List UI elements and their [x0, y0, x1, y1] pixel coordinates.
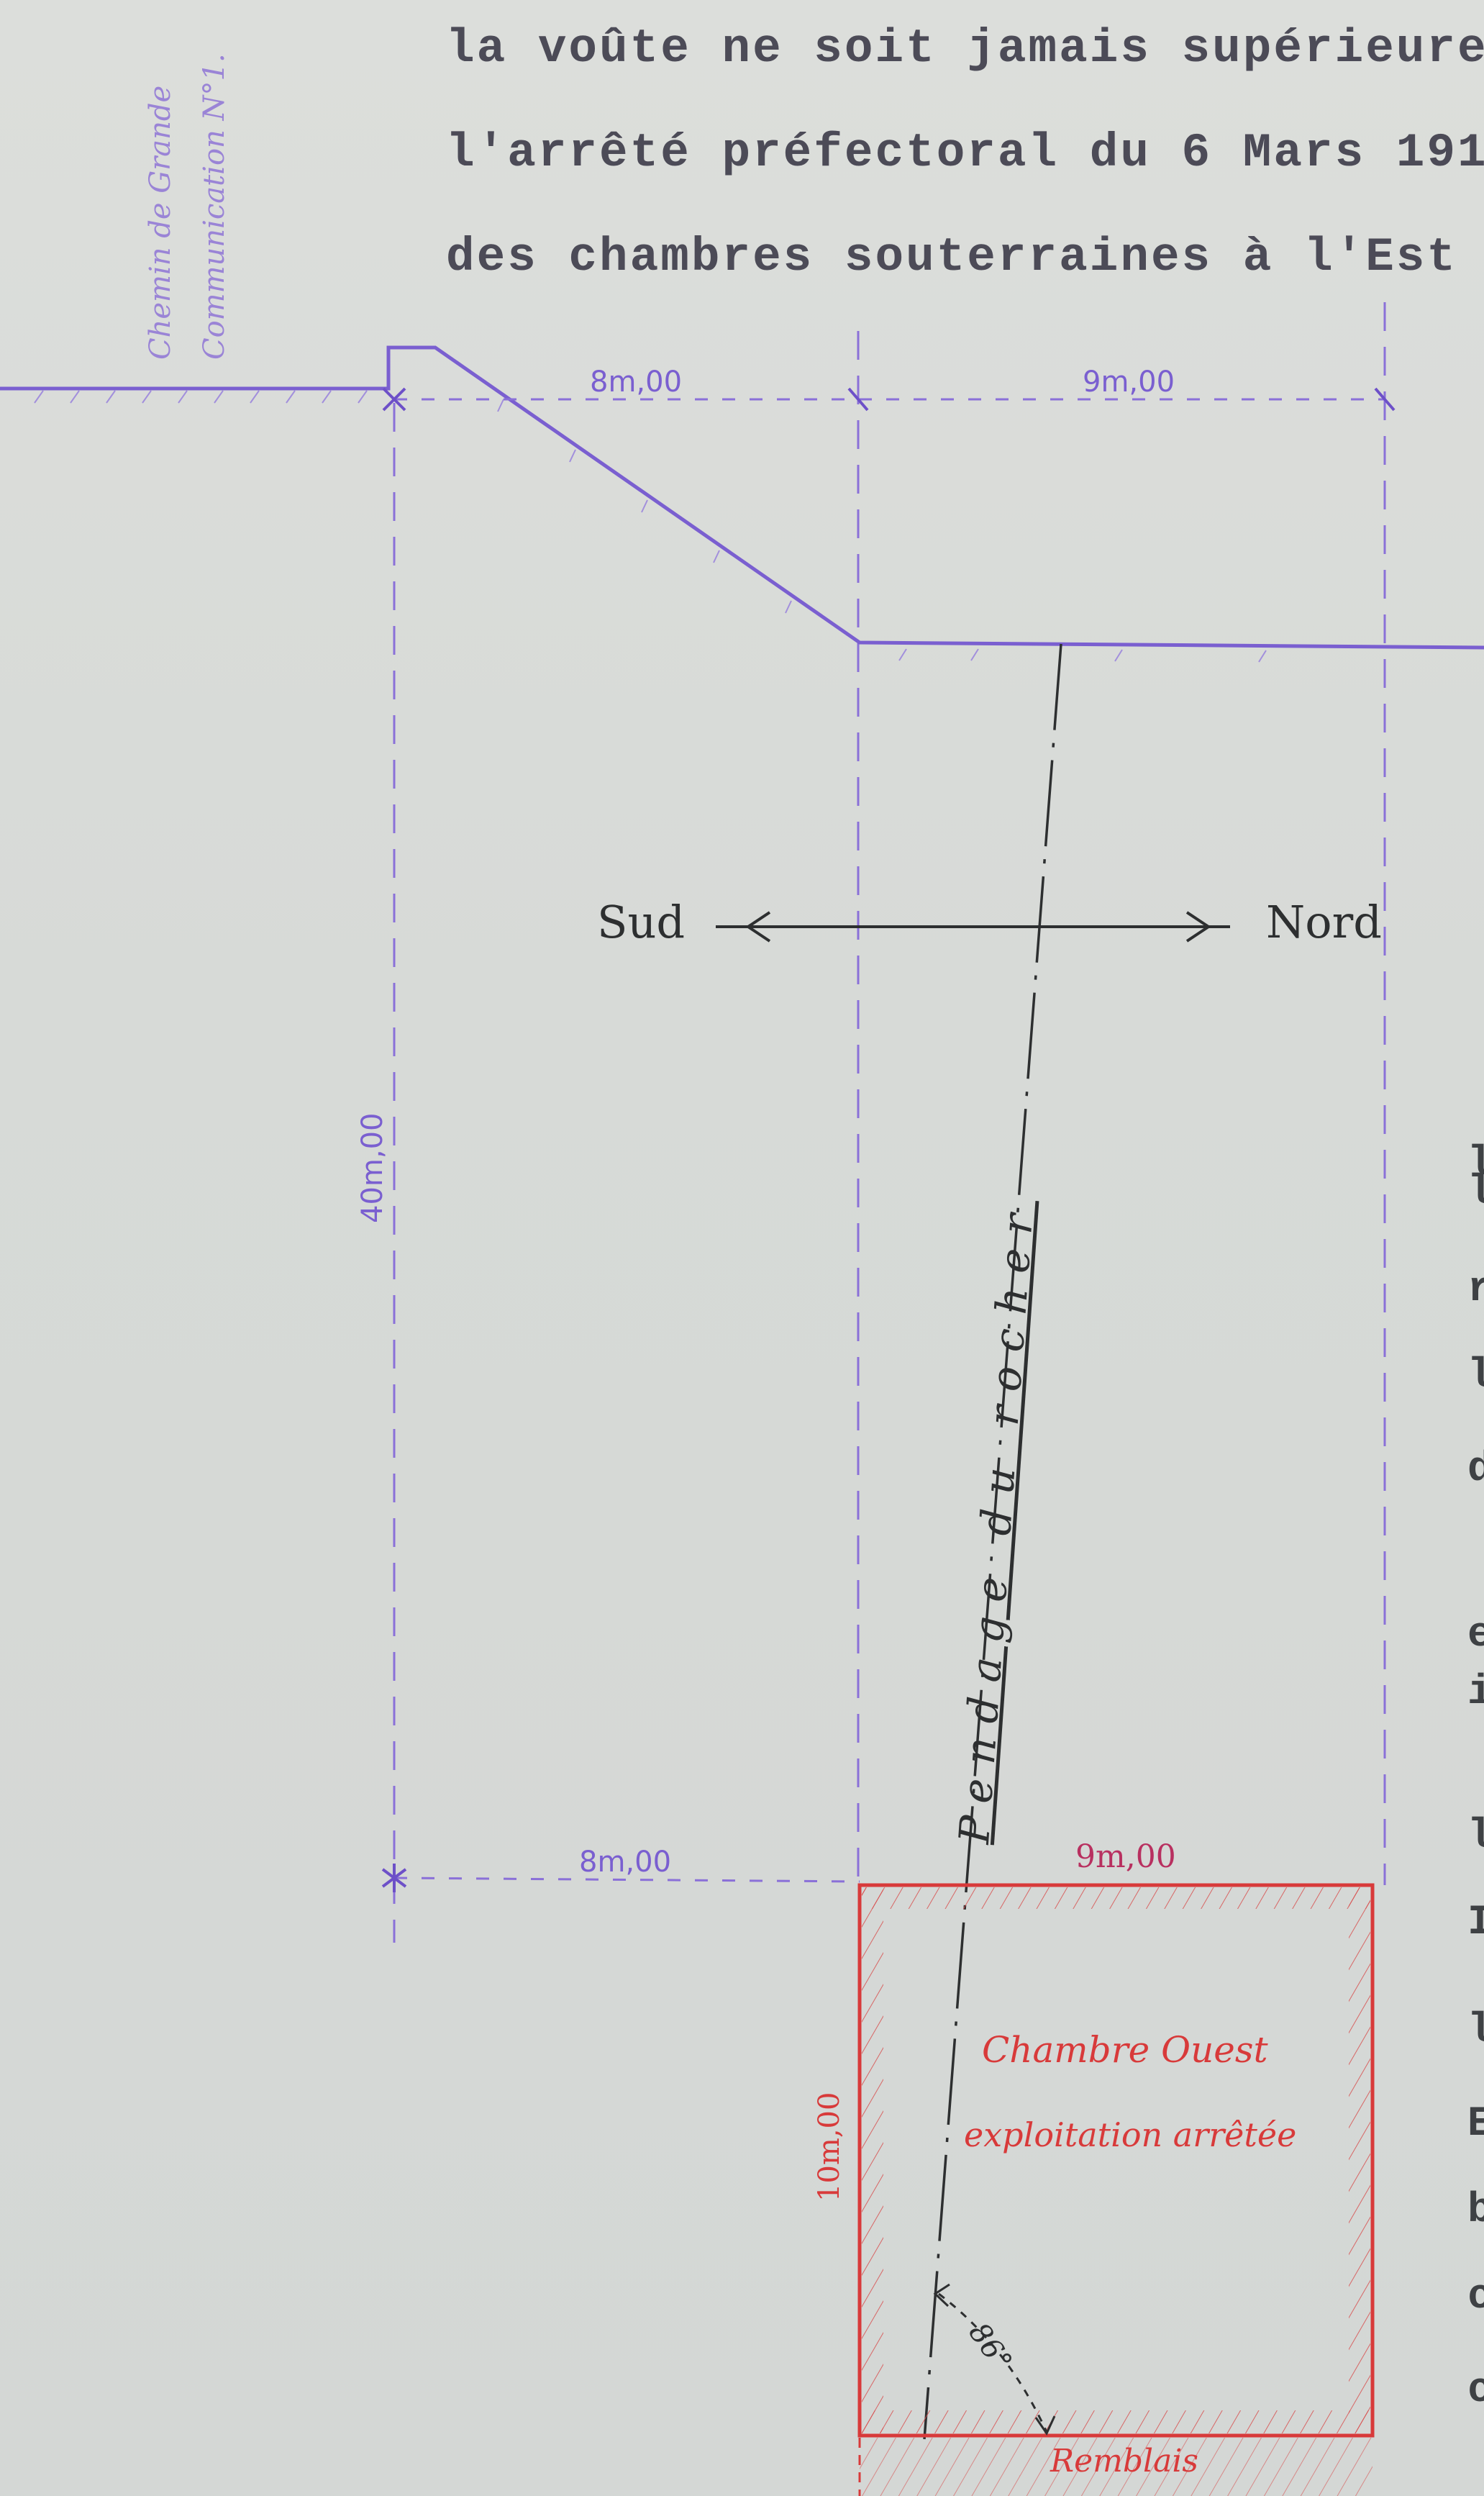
bottom-left-dimension: 8m,00: [579, 1846, 671, 1879]
ground-hatch: [35, 391, 1266, 662]
edge-fragment: r: [1467, 1266, 1484, 1313]
edge-fragment: d: [1467, 1446, 1484, 1493]
chamber-height-dimension: 10m,00: [813, 2092, 846, 2202]
edge-fragment: b: [1467, 2187, 1484, 2234]
edge-fragment: E: [1467, 2101, 1484, 2148]
north-label: Nord: [1266, 896, 1382, 948]
chamber-box: [860, 1885, 1373, 2496]
edge-fragment: l: [1467, 1813, 1484, 1860]
edge-fragment: e: [1467, 1612, 1484, 1658]
chamber-status: exploitation arrêtée: [964, 2115, 1296, 2154]
edge-fragment: i: [1467, 1669, 1484, 1716]
edge-fragment: l: [1467, 1353, 1484, 1399]
edge-fragment: c: [1467, 2367, 1484, 2414]
top-left-dimension: 8m,00: [590, 366, 682, 399]
chamber-title: Chambre Ouest: [982, 2029, 1268, 2071]
edge-fragment: c: [1467, 2274, 1484, 2320]
south-label: Sud: [597, 896, 685, 948]
vertical-height-dimension: 40m,00: [356, 1113, 389, 1223]
bottom-right-dimension: 9m,00: [1075, 1838, 1176, 1875]
construction-lines: [394, 302, 1385, 1943]
top-right-dimension: 9m,00: [1083, 366, 1175, 399]
edge-fragment: I: [1467, 1900, 1484, 1946]
edge-fragment: l: [1467, 2007, 1484, 2054]
fill-label: Remblais: [1050, 2443, 1198, 2479]
edge-fragment: l: [1467, 1169, 1484, 1216]
sud-nord-arrow: [716, 912, 1230, 941]
ground-profile: [0, 348, 1484, 648]
